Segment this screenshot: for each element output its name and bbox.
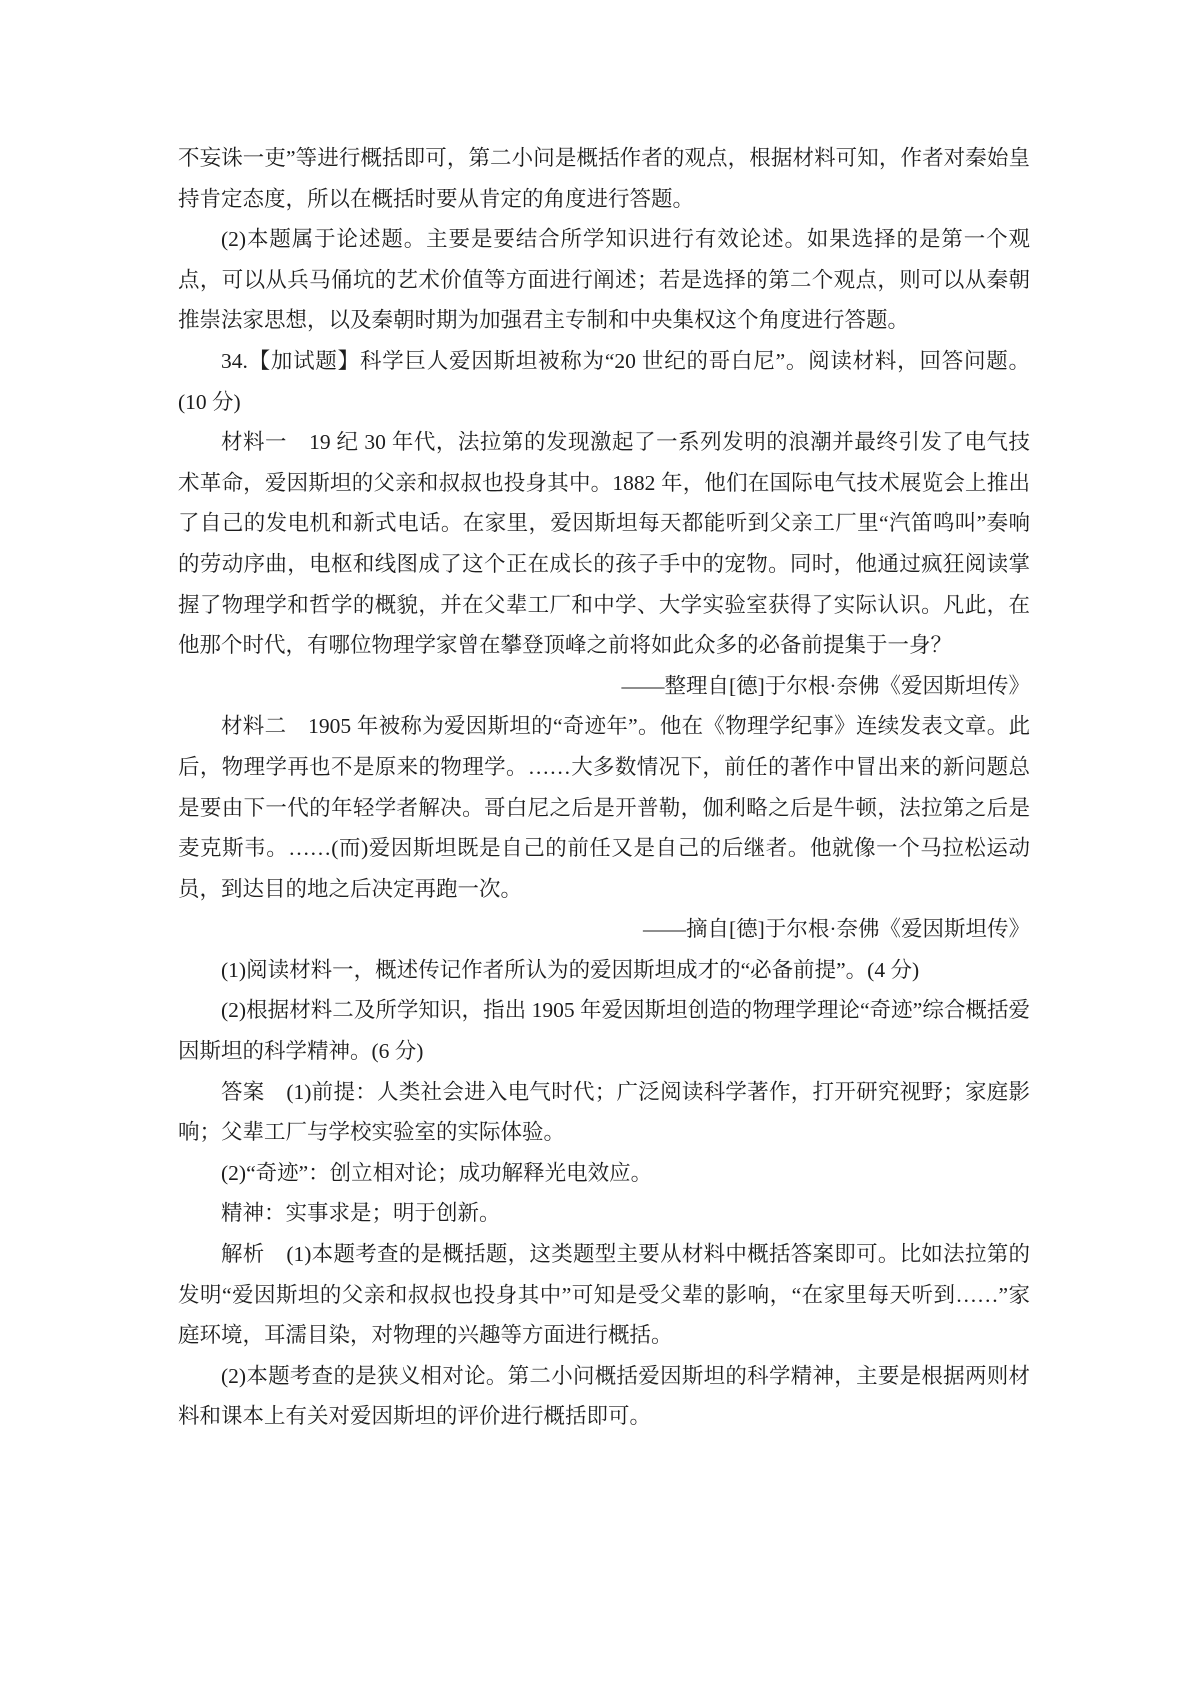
answer-part2: (2)“奇迹”：创立相对论；成功解释光电效应。 xyxy=(178,1153,1030,1194)
material-2-source: ——摘自[德]于尔根·奈佛《爱因斯坦传》 xyxy=(178,909,1030,950)
analysis-part2-q33: (2)本题属于论述题。主要是要结合所学知识进行有效论述。如果选择的是第一个观点，… xyxy=(178,219,1030,341)
material-2-text: 材料二 1905 年被称为爱因斯坦的“奇迹年”。他在《物理学纪事》连续发表文章。… xyxy=(178,706,1030,909)
question-34-header: 34.【加试题】科学巨人爱因斯坦被称为“20 世纪的哥白尼”。阅读材料，回答问题… xyxy=(178,341,1030,422)
document-text-block: 不妄诛一吏”等进行概括即可，第二小问是概括作者的观点，根据材料可知，作者对秦始皇… xyxy=(178,138,1030,1437)
question-34-part1: (1)阅读材料一，概述传记作者所认为的爱因斯坦成才的“必备前提”。(4 分) xyxy=(178,950,1030,991)
analysis-continuation-q33: 不妄诛一吏”等进行概括即可，第二小问是概括作者的观点，根据材料可知，作者对秦始皇… xyxy=(178,138,1030,219)
question-34-part2: (2)根据材料二及所学知识，指出 1905 年爱因斯坦创造的物理学理论“奇迹”综… xyxy=(178,990,1030,1071)
document-page-background: { "document": { "background_color": "#ff… xyxy=(0,0,1200,1698)
answer-part1: 答案 (1)前提：人类社会进入电气时代；广泛阅读科学著作，打开研究视野；家庭影响… xyxy=(178,1072,1030,1153)
answer-spirit: 精神：实事求是；明于创新。 xyxy=(178,1193,1030,1234)
analysis-part2-q34: (2)本题考查的是狭义相对论。第二小问概括爱因斯坦的科学精神，主要是根据两则材料… xyxy=(178,1356,1030,1437)
material-1-text: 材料一 19 纪 30 年代，法拉第的发现激起了一系列发明的浪潮并最终引发了电气… xyxy=(178,422,1030,666)
material-1-source: ——整理自[德]于尔根·奈佛《爱因斯坦传》 xyxy=(178,666,1030,707)
analysis-part1-q34: 解析 (1)本题考查的是概括题，这类题型主要从材料中概括答案即可。比如法拉第的发… xyxy=(178,1234,1030,1356)
